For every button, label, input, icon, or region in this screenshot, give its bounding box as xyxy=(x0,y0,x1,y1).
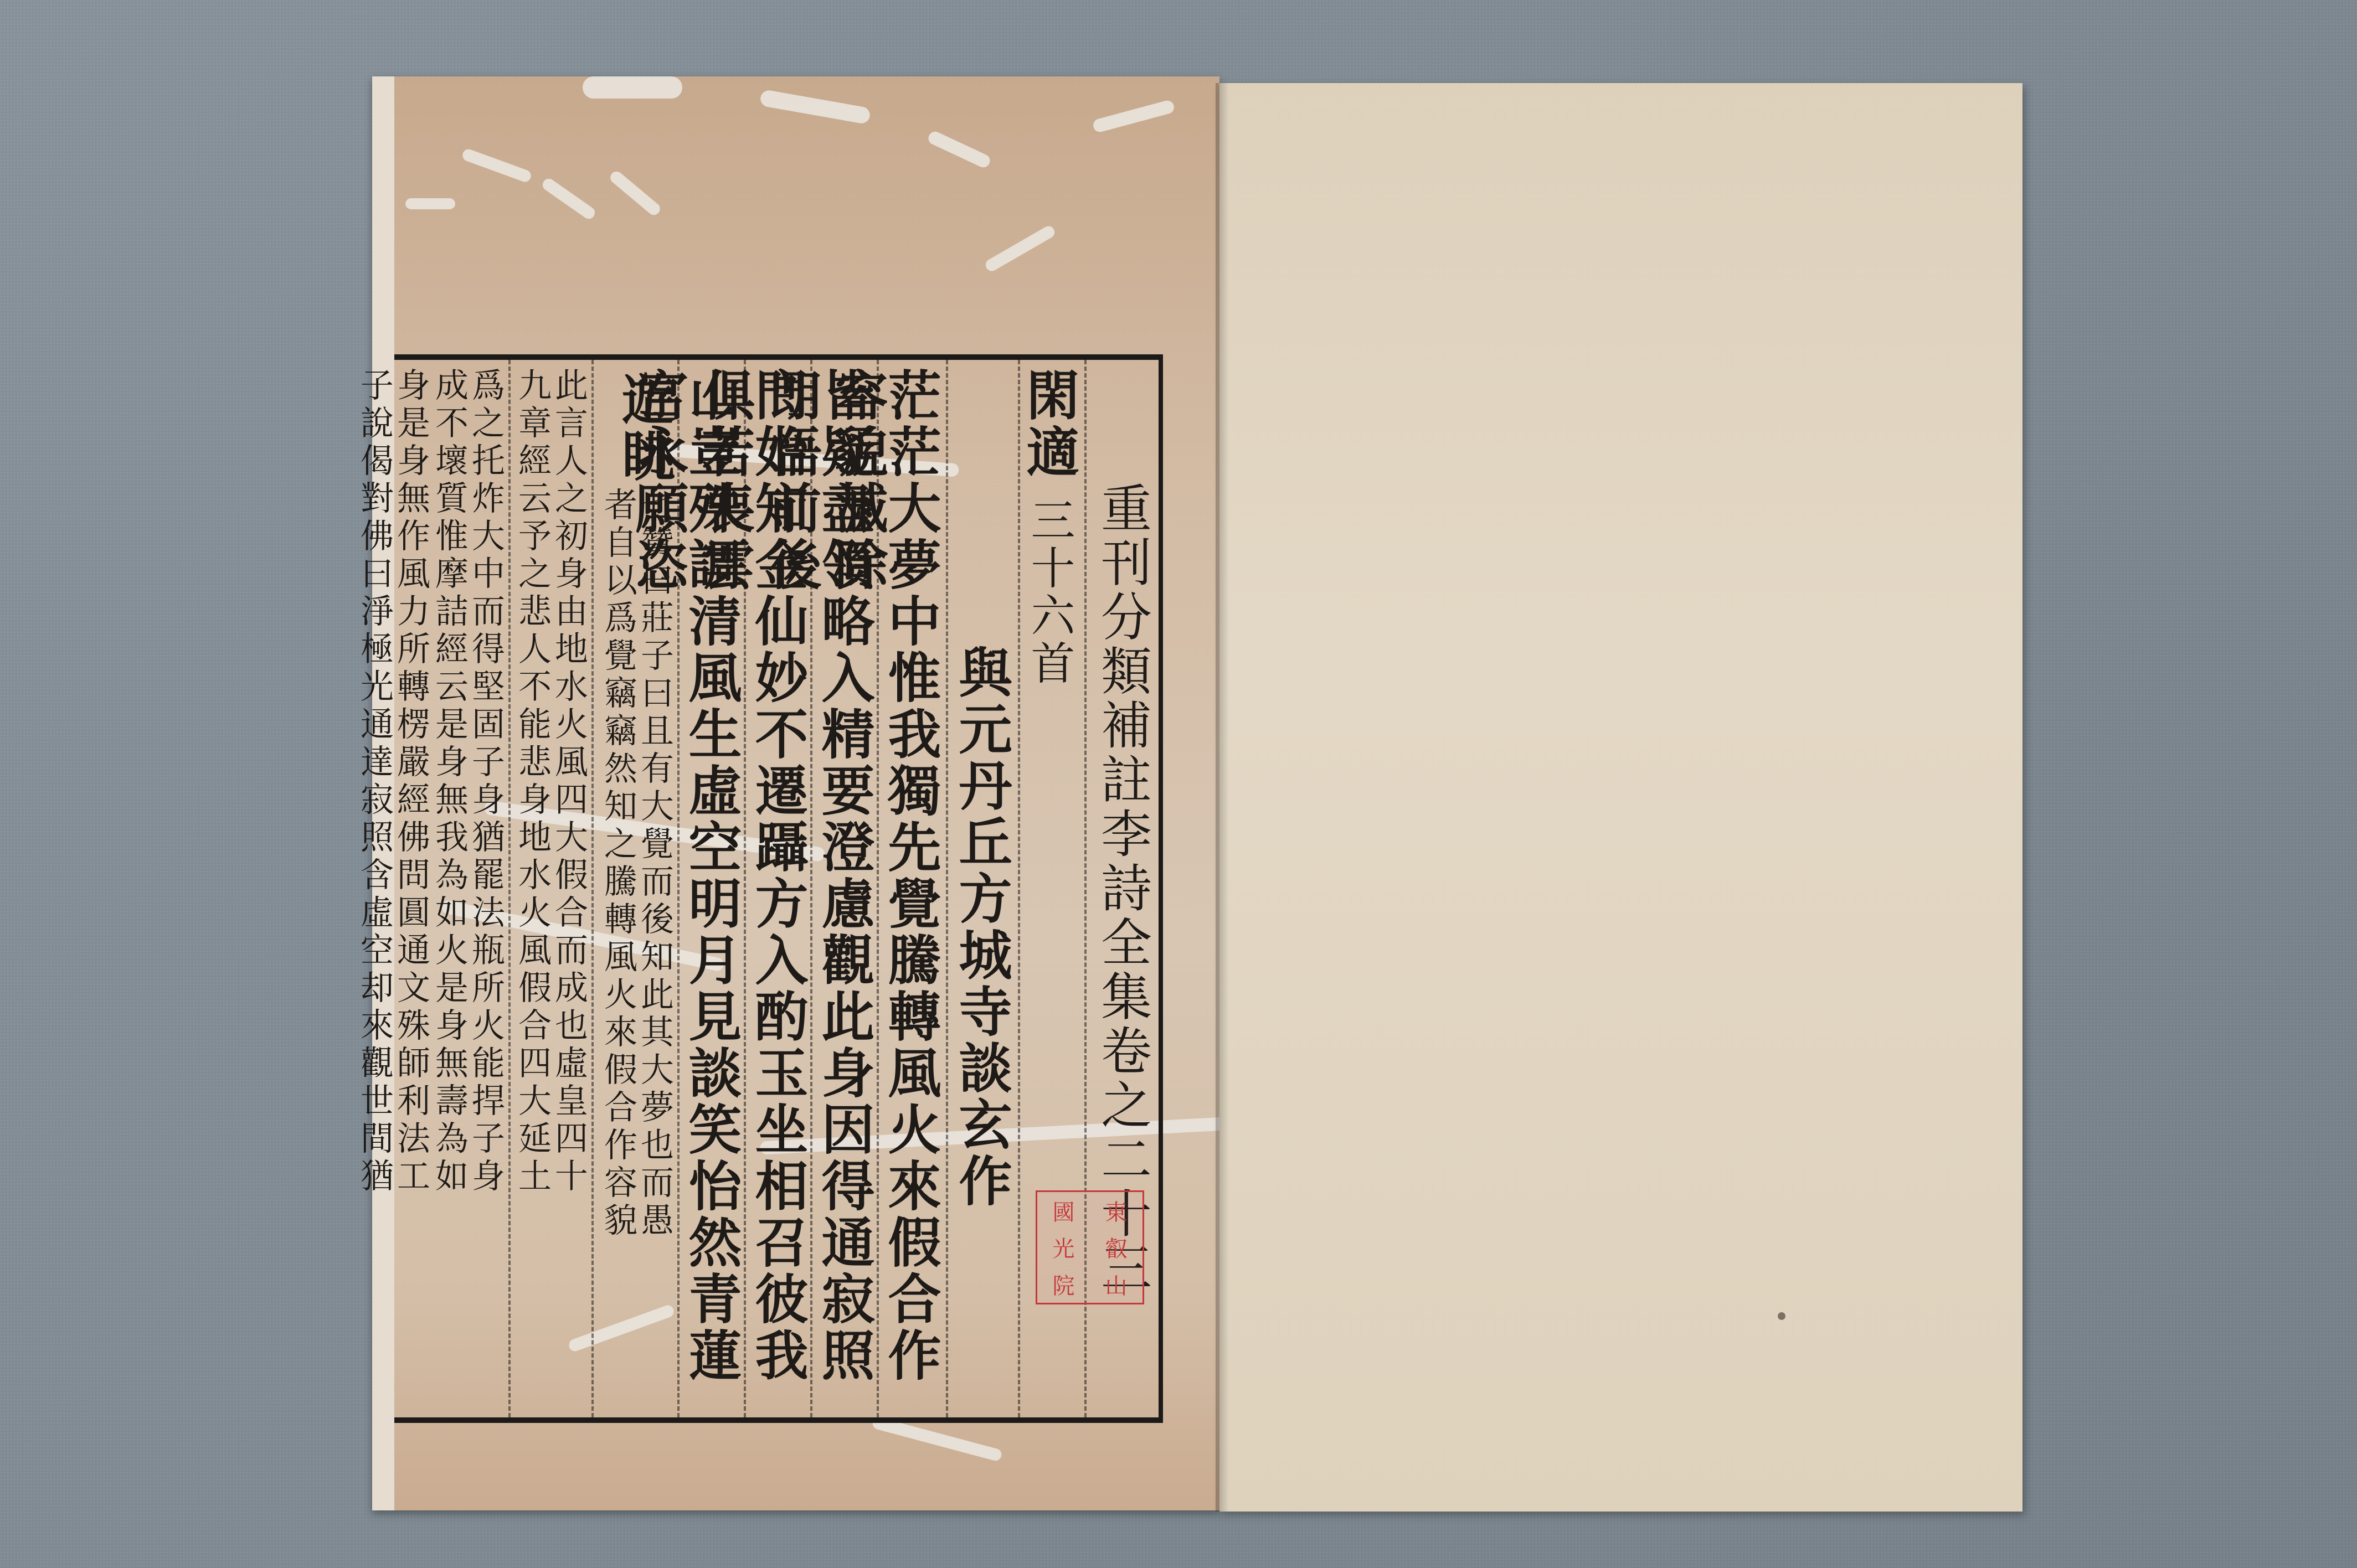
seal-char: 國 xyxy=(1037,1195,1090,1226)
column-rule xyxy=(591,360,594,1417)
commentary-right: 爲之托炸大中而得堅固子身猶罷法瓶所火能捍子身 xyxy=(469,368,502,1410)
section-count: 三十六首 xyxy=(1027,497,1071,688)
commentary-right: 七贊曰莊子曰且有大覺而後知此其大夢也而愚 xyxy=(638,487,671,1410)
spine-shadow xyxy=(1216,83,1229,1512)
commentary-left: 者自以爲覺竊竊然知之騰轉風火來假合作容貌 xyxy=(601,487,635,1410)
commentary-left: 子說偈對佛曰淨極光通達寂照含虛空却來觀世間猶 xyxy=(358,368,391,1410)
column-rule xyxy=(508,360,511,1417)
column-rule xyxy=(877,360,879,1417)
seal-char: 光 xyxy=(1037,1231,1090,1263)
commentary-column: 成不壞質惟摩詰經云是身無我為如火是身無壽為如 爲之托炸大中而得堅固子身猶罷法瓶所… xyxy=(433,368,502,1410)
commentary-right: 此言人之初身由地水火風四大假合而成也虛皇四十 xyxy=(552,368,585,1410)
column-rule xyxy=(677,360,680,1417)
commentary-right: 身是身無作風力所轉楞嚴經佛問圓通文殊師利法工 xyxy=(394,368,428,1410)
paper-spot xyxy=(1778,1312,1785,1320)
seal-char: 東 xyxy=(1090,1195,1143,1226)
commentary-column: 子說偈對佛曰淨極光通達寂照含虛空却來觀世間猶 身是身無作風力所轉楞嚴經佛問圓通文… xyxy=(358,368,428,1410)
red-collector-seal: 國 東 光 叡 院 山 xyxy=(1036,1190,1144,1304)
seal-char: 叡 xyxy=(1090,1231,1143,1263)
seal-char: 山 xyxy=(1090,1268,1143,1300)
commentary-left: 九章經云予之悲人不能悲身地水火風假合四大延土 xyxy=(516,368,549,1410)
column-rule xyxy=(946,360,948,1417)
commentary-column: 九章經云予之悲人不能悲身地水火風假合四大延土 此言人之初身由地水火風四大假合而成… xyxy=(516,368,585,1410)
column-rule xyxy=(744,360,746,1417)
commentary-lead: 遊眺 xyxy=(618,368,671,489)
column-rule xyxy=(810,360,812,1417)
commentary-column: 者自以爲覺竊竊然知之騰轉風火來假合作容貌 七贊曰莊子曰且有大覺而後知此其大夢也而… xyxy=(601,487,671,1410)
poem-title: 與元丹丘方城寺談玄作 xyxy=(955,368,1008,1410)
seal-char: 院 xyxy=(1037,1268,1090,1300)
column-rule xyxy=(1018,360,1020,1417)
section-name: 閑適 xyxy=(1022,368,1075,481)
blank-leaf xyxy=(1219,83,2023,1512)
commentary-left: 成不壞質惟摩詰經云是身無我為如火是身無壽為如 xyxy=(433,368,466,1410)
